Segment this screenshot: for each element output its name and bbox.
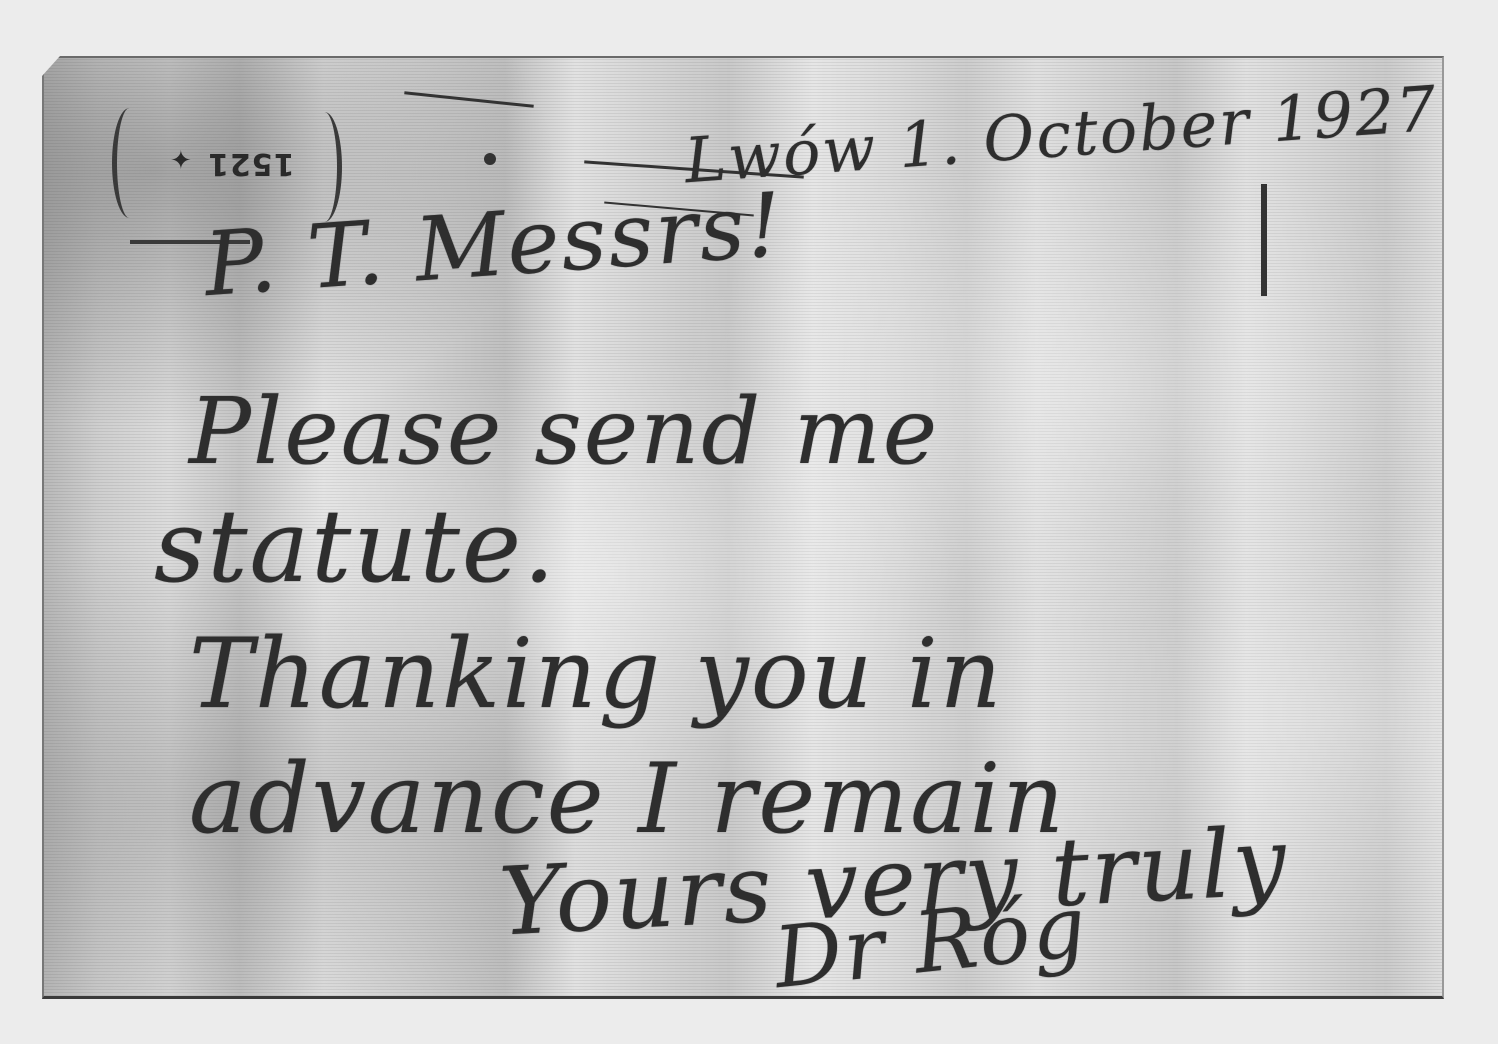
body-line-2: statute. [154, 488, 557, 605]
postcard: ✦ 1521 Lwów 1. October 1927 P. T. Messrs… [42, 56, 1444, 999]
body-line-3: Thanking you in [189, 618, 1004, 730]
cancellation-mark [404, 91, 534, 108]
cancellation-mark [484, 153, 496, 165]
page: ✦ 1521 Lwów 1. October 1927 P. T. Messrs… [0, 0, 1498, 1044]
stamp-left-bracket [112, 108, 147, 218]
stamp-number: 1521 [207, 146, 295, 181]
vertical-pen-mark [1261, 184, 1267, 296]
body-line-1: Please send me [189, 378, 939, 485]
stamp-star-icon: ✦ [170, 146, 192, 176]
place-date-heading: Lwów 1. October 1927 [682, 72, 1440, 197]
